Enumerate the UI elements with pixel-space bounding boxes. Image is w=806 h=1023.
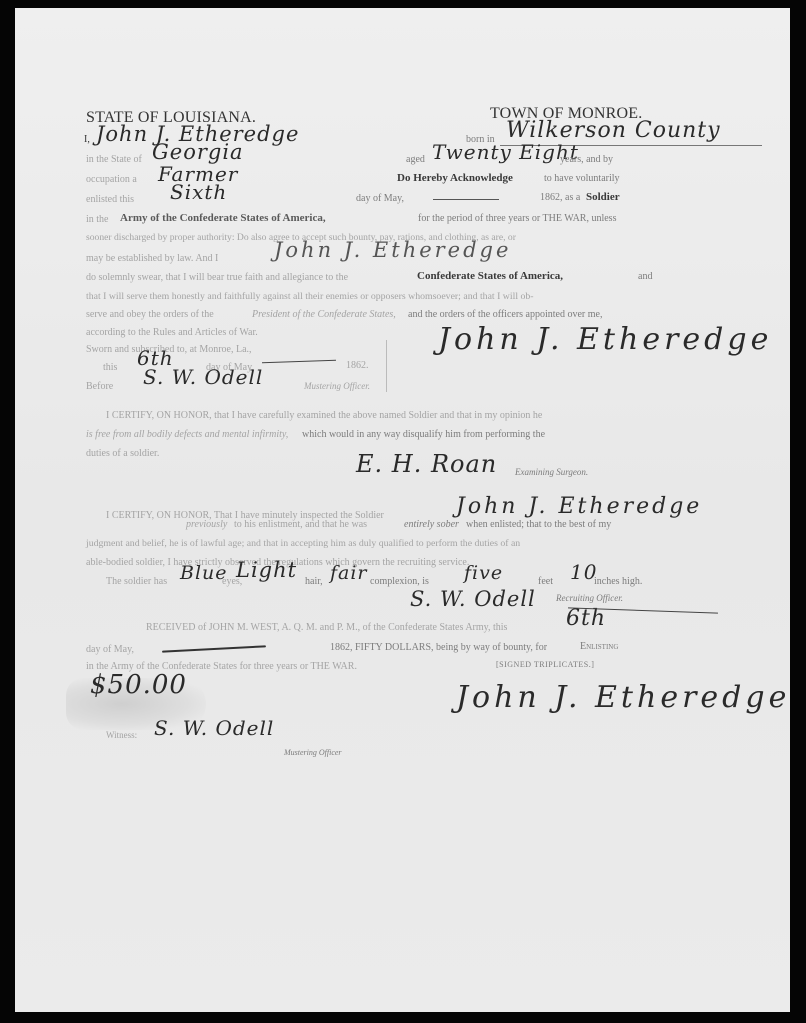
- date-rule: [433, 199, 499, 200]
- mustering-officer-label: Mustering Officer.: [304, 380, 370, 392]
- recruit-entirely-sober: entirely sober: [404, 519, 459, 531]
- years-label: years, and by: [560, 154, 613, 166]
- signed-triplicates: [SIGNED TRIPLICATES.]: [496, 659, 594, 671]
- surgeon-line2-rest: which would in any way disqualify him fr…: [302, 429, 545, 441]
- occupation-label: occupation a: [86, 174, 137, 186]
- sworn-year: 1862.: [346, 360, 369, 372]
- surgeon-line1: I CERTIFY, ON HONOR, that I have careful…: [106, 410, 542, 422]
- receipt-line2-rest: 1862, FIFTY DOLLARS, being by way of bou…: [330, 642, 547, 654]
- recruiting-officer-label: Recruiting Officer.: [556, 592, 623, 604]
- surgeon-signature: E. H. Roan: [356, 450, 497, 478]
- desc-prefix: The soldier has: [106, 576, 167, 588]
- complexion-value: fair: [330, 562, 368, 584]
- oath-line2: that I will serve them honestly and fait…: [86, 291, 534, 303]
- witness-label: Witness:: [106, 729, 137, 741]
- oath-name-handwritten: John J. Etheredge: [274, 238, 511, 262]
- army-bold: Army of the Confederate States of Americ…: [120, 212, 326, 224]
- this-label: this: [103, 362, 117, 374]
- age-value: Twenty Eight: [432, 140, 579, 164]
- surgeon-line3: duties of a soldier.: [86, 448, 159, 460]
- aged-label: aged: [406, 154, 425, 166]
- receipt-enlisting: Enlisting: [580, 641, 618, 653]
- feet-label: feet: [538, 576, 553, 588]
- feet-value: five: [464, 562, 503, 584]
- sworn-bracket: [386, 340, 387, 392]
- i-label: I,: [84, 134, 90, 146]
- acknowledge-bold: Do Hereby Acknowledge: [397, 172, 513, 184]
- recruit-line2-rest: when enlisted; that to the best of my: [466, 519, 611, 531]
- state-label: in the State of: [86, 154, 142, 166]
- established-line: may be established by law. And I: [86, 253, 218, 265]
- surgeon-label: Examining Surgeon.: [515, 466, 588, 478]
- oath-line3-suffix: and the orders of the officers appointed…: [408, 309, 602, 321]
- recruit-line3: judgment and belief, he is of lawful age…: [86, 538, 520, 550]
- army-rest: for the period of three years or THE WAR…: [418, 213, 616, 225]
- inches-label: inches high.: [594, 576, 642, 588]
- surgeon-line2-italic: is free from all bodily defects and ment…: [86, 429, 288, 441]
- army-prefix: in the: [86, 214, 109, 226]
- bounty-amount-handwritten: $50.00: [90, 670, 187, 700]
- oath-line3-prefix: serve and obey the orders of the: [86, 309, 214, 321]
- hair-value: Light: [236, 558, 297, 582]
- receipt-line1-prefix: RECEIVED of JOHN M. WEST, A. Q. M. and P…: [146, 622, 507, 634]
- enlisted-day-value: Sixth: [170, 180, 227, 204]
- enlisted-label: enlisted this: [86, 194, 134, 206]
- year-as-soldier: 1862, as a: [540, 192, 580, 204]
- oath-csa-bold: Confederate States of America,: [417, 270, 563, 282]
- acknowledge-rest: to have voluntarily: [544, 173, 620, 185]
- eyes-value: Blue: [180, 562, 228, 584]
- soldier-signature-receipt: John J. Etheredge: [456, 680, 790, 715]
- recruit-soldier-name: John J. Etheredge: [456, 494, 702, 519]
- recruit-line2-mid: to his enlistment, and that he was: [234, 519, 367, 531]
- witness-signature: S. W. Odell: [154, 716, 274, 740]
- oath-line4: according to the Rules and Articles of W…: [86, 327, 258, 339]
- receipt-day-value: 6th: [566, 606, 606, 631]
- recruit-previously: previously: [186, 519, 227, 531]
- recruiting-officer-signature: S. W. Odell: [410, 587, 536, 611]
- oath-line1-prefix: do solemnly swear, that I will bear true…: [86, 272, 348, 284]
- day-of-may-label: day of May,: [356, 193, 404, 205]
- oath-line3-italic: President of the Confederate States,: [252, 309, 396, 321]
- soldier-signature-oath: John J. Etheredge: [438, 322, 772, 357]
- state-value: Georgia: [152, 140, 244, 164]
- soldier-bold: Soldier: [586, 191, 620, 203]
- witness-title: Mustering Officer: [284, 747, 342, 759]
- before-label: Before: [86, 381, 113, 393]
- oath-line1-suffix: and: [638, 271, 652, 283]
- mustering-officer-signature: S. W. Odell: [143, 365, 263, 389]
- hair-label: hair,: [305, 576, 323, 588]
- receipt-line2-prefix: day of May,: [86, 644, 134, 656]
